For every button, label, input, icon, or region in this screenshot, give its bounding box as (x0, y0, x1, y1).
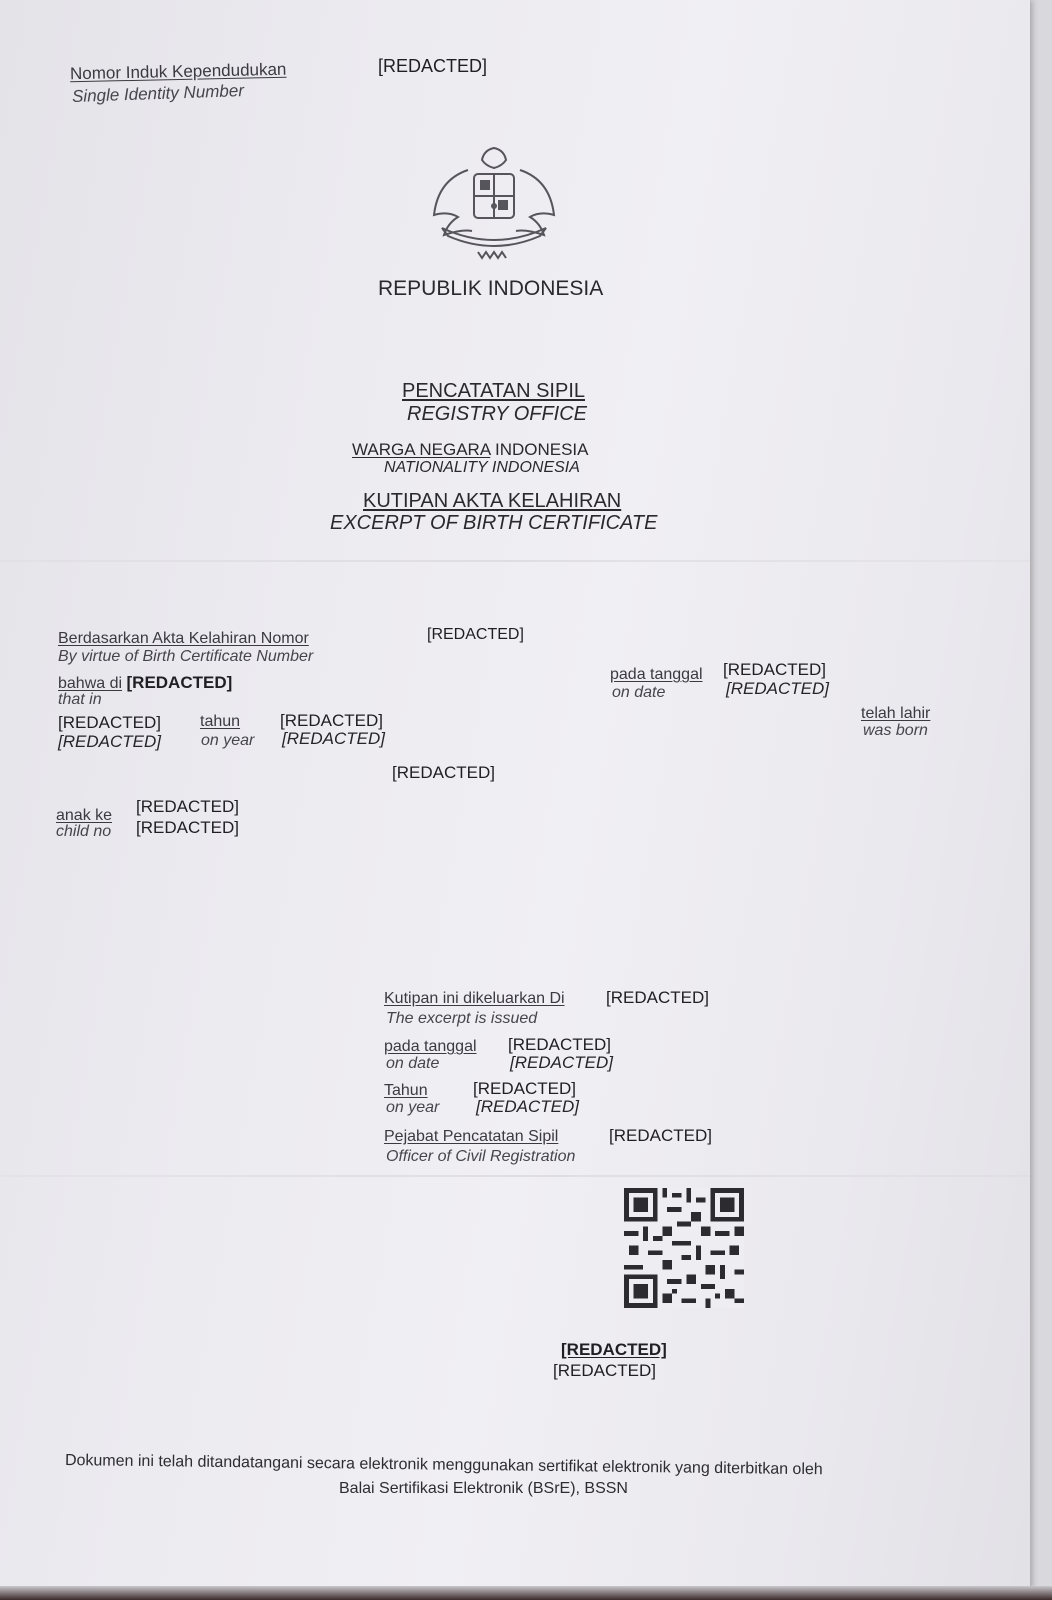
place-label: bahwa di (58, 675, 122, 692)
document-page: Nomor Induk Kependudukan Single Identity… (0, 0, 1030, 1590)
officer-label: Pejabat Pencatatan Sipil (384, 1128, 558, 1146)
place-value: [REDACTED] (127, 673, 233, 692)
birth-year-value-en: [REDACTED] (282, 729, 385, 749)
paper-crease (0, 1175, 1030, 1177)
birth-date-label-en: on date (612, 684, 665, 702)
issued-year-value: [REDACTED] (473, 1079, 576, 1099)
child-name: [REDACTED] (392, 763, 495, 783)
birth-month-value: [REDACTED] (58, 713, 161, 733)
nationality-value: INDONESIA (495, 440, 589, 459)
e-signature-note: Dokumen ini telah ditandatangani secara … (65, 1452, 823, 1479)
nik-value: [REDACTED] (378, 56, 487, 77)
background-edge (0, 1586, 1052, 1600)
issued-at-label: Kutipan ini dikeluarkan Di (384, 990, 565, 1008)
signatory-nip: [REDACTED] (553, 1361, 656, 1381)
child-no-label-en: child no (56, 823, 111, 841)
issued-year-label: Tahun (384, 1082, 428, 1100)
birth-year-label: tahun (200, 713, 240, 731)
nationality-value-en: INDONESIA (492, 459, 580, 476)
qr-code-icon (624, 1188, 744, 1308)
nationality-row-en: NATIONALITY INDONESIA (384, 459, 580, 477)
birth-year-label-en: on year (201, 732, 254, 750)
birth-date-label: pada tanggal (610, 666, 703, 684)
officer-label-en: Officer of Civil Registration (386, 1148, 575, 1166)
cert-number-label-en: By virtue of Birth Certificate Number (58, 648, 313, 666)
issued-at-value: [REDACTED] (606, 988, 709, 1008)
officer-value: [REDACTED] (609, 1126, 712, 1146)
issued-year-label-en: on year (386, 1099, 439, 1117)
office-title-en: REGISTRY OFFICE (407, 403, 587, 426)
issued-date-label-en: on date (386, 1055, 439, 1073)
issued-date-label: pada tanggal (384, 1038, 477, 1056)
issued-year-value-en: [REDACTED] (476, 1097, 579, 1117)
country-heading: REPUBLIK INDONESIA (378, 277, 603, 301)
issued-date-value: [REDACTED] (508, 1035, 611, 1055)
office-title: PENCATATAN SIPIL (402, 380, 585, 403)
issued-at-label-en: The excerpt is issued (386, 1010, 537, 1028)
document-title-en: EXCERPT OF BIRTH CERTIFICATE (330, 512, 657, 535)
nationality-label: WARGA NEGARA (352, 440, 490, 459)
garuda-emblem-icon (428, 140, 560, 270)
e-signature-issuer: Balai Sertifikasi Elektronik (BSrE), BSS… (339, 1480, 628, 1498)
signatory-name: [REDACTED] (561, 1340, 667, 1360)
birth-year-value: [REDACTED] (280, 711, 383, 731)
cert-number-label: Berdasarkan Akta Kelahiran Nomor (58, 630, 309, 648)
birth-month-value-en: [REDACTED] (58, 732, 161, 752)
child-no-value: [REDACTED] (136, 797, 239, 817)
born-label: telah lahir (861, 705, 930, 723)
issued-date-value-en: [REDACTED] (510, 1053, 613, 1073)
cert-number-value: [REDACTED] (427, 626, 524, 644)
nationality-label-en: NATIONALITY (384, 459, 487, 476)
nik-label: Nomor Induk Kependudukan (70, 60, 287, 85)
child-no-value-en: [REDACTED] (136, 818, 239, 838)
document-title: KUTIPAN AKTA KELAHIRAN (363, 490, 621, 513)
birth-date-value-en: [REDACTED] (726, 679, 829, 699)
born-label-en: was born (863, 722, 928, 740)
place-row: bahwa di [REDACTED] (58, 673, 232, 693)
birth-date-value: [REDACTED] (723, 660, 826, 680)
place-label-en: that in (58, 691, 102, 709)
paper-crease (0, 560, 1030, 562)
nationality-row: WARGA NEGARA INDONESIA (352, 440, 589, 460)
nik-label-en: Single Identity Number (72, 81, 245, 107)
